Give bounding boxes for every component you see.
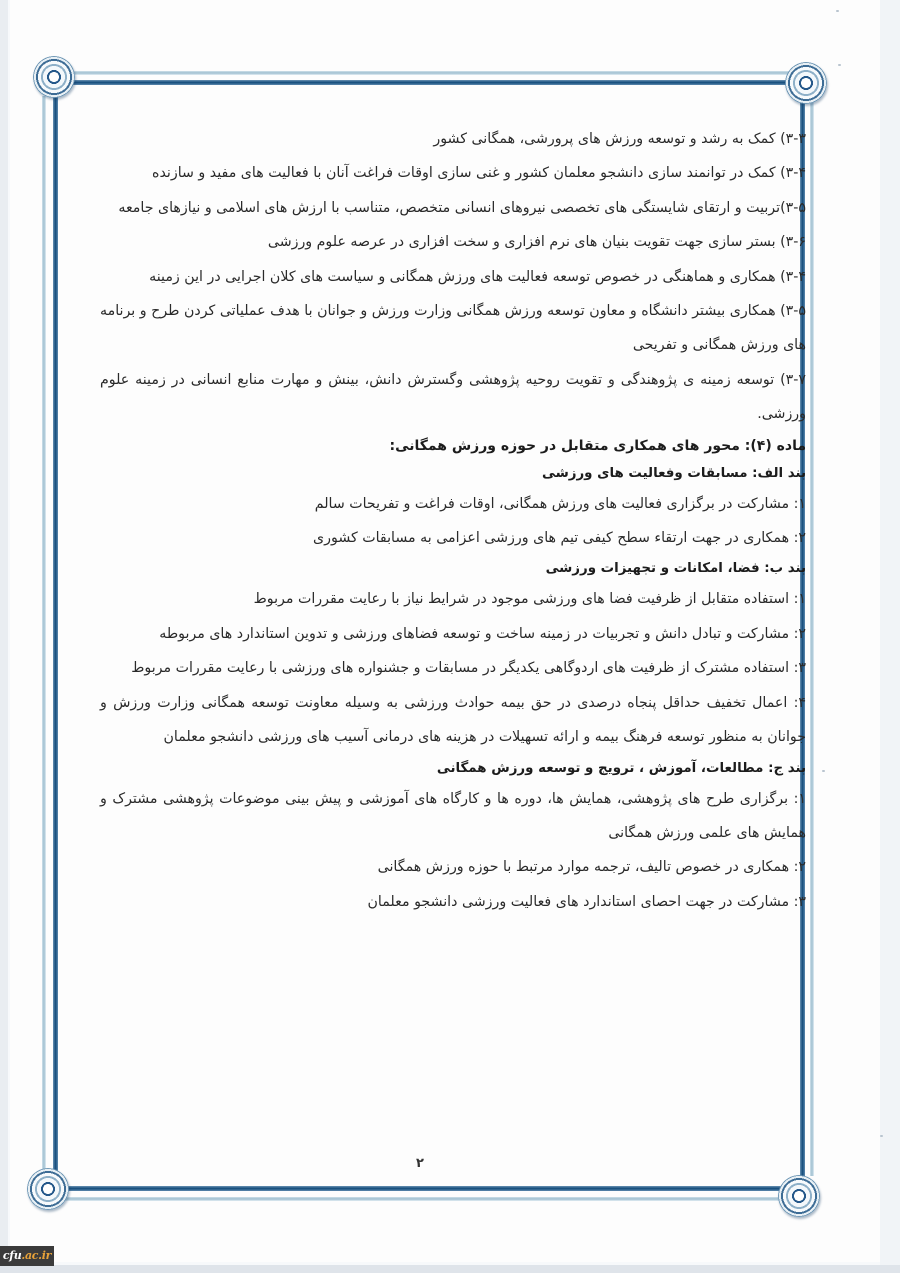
objective-paragraph: ۳-۳) کمک به رشد و توسعه ورزش های پرورشی،… — [100, 122, 806, 156]
frame-left-inner-line — [53, 96, 58, 1174]
clause-item: ۱: مشارکت در برگزاری فعالیت های ورزش همگ… — [100, 487, 806, 521]
watermark-prefix: cfu — [3, 1249, 22, 1262]
article-4-title: ماده (۴): محور های همکاری متقابل در حوزه… — [100, 432, 806, 460]
clause-item: ۲: همکاری در جهت ارتقاء سطح کیفی تیم های… — [100, 521, 806, 555]
section-3-objectives: ۳-۳) کمک به رشد و توسعه ورزش های پرورشی،… — [100, 122, 806, 432]
corner-ornament-top-left-icon — [33, 56, 75, 98]
scan-edge-right — [880, 0, 900, 1273]
frame-left-outer-line — [42, 96, 46, 1174]
frame-top-outer-line — [56, 71, 804, 75]
clause-item: ۳: استفاده مشترک از ظرفیت های اردوگاهی ی… — [100, 651, 806, 685]
watermark-domain: .ac.ir — [21, 1249, 51, 1262]
corner-ornament-bottom-right-icon — [778, 1175, 820, 1217]
clause-alef: بند الف: مسابقات وفعالیت های ورزشی ۱: مش… — [100, 460, 806, 556]
frame-right-outer-line — [810, 100, 814, 1176]
objective-paragraph: ۳-۷) توسعه زمینه ی پژوهندگی و تقویت روحی… — [100, 363, 806, 432]
clause-title: بند الف: مسابقات وفعالیت های ورزشی — [100, 460, 806, 487]
scan-speck — [880, 1135, 883, 1137]
objective-paragraph: ۳-۴) همکاری و هماهنگی در خصوص توسعه فعال… — [100, 260, 806, 294]
clause-item: ۲: مشارکت و تبادل دانش و تجربیات در زمین… — [100, 617, 806, 651]
frame-top-inner-line — [56, 80, 804, 85]
clause-item: ۲: همکاری در خصوص تالیف، ترجمه موارد مرت… — [100, 850, 806, 884]
clause-jim: بند ج: مطالعات، آموزش ، ترویج و توسعه ور… — [100, 755, 806, 920]
scan-edge-left — [0, 0, 8, 1273]
clause-be: بند ب: فضا، امکانات و تجهیزات ورزشی ۱: ا… — [100, 555, 806, 754]
frame-bottom-outer-line — [50, 1197, 800, 1201]
clause-item: ۳: مشارکت در جهت احصای استاندارد های فعا… — [100, 885, 806, 919]
article-4: ماده (۴): محور های همکاری متقابل در حوزه… — [100, 432, 806, 919]
scan-speck — [822, 770, 825, 772]
clause-item: ۱: استفاده متقابل از ظرفیت فضا های ورزشی… — [100, 582, 806, 616]
objective-paragraph: ۳-۵)تربیت و ارتقای شایستگی های تخصصی نیر… — [100, 191, 806, 225]
scan-speck — [838, 64, 841, 66]
page-number: ۲ — [416, 1156, 424, 1171]
clause-item: ۴: اعمال تخفیف حداقل پنجاه درصدی در حق ب… — [100, 686, 806, 755]
corner-ornament-top-right-icon — [785, 62, 827, 104]
document-body: ۳-۳) کمک به رشد و توسعه ورزش های پرورشی،… — [100, 122, 806, 919]
corner-ornament-bottom-left-icon — [27, 1168, 69, 1210]
clause-title: بند ج: مطالعات، آموزش ، ترویج و توسعه ور… — [100, 755, 806, 782]
clause-title: بند ب: فضا، امکانات و تجهیزات ورزشی — [100, 555, 806, 582]
frame-bottom-inner-line — [50, 1186, 800, 1191]
site-watermark-logo: cfu.ac.ir — [0, 1246, 54, 1266]
scan-speck — [836, 10, 839, 12]
objective-paragraph: ۳-۵) همکاری بیشتر دانشگاه و معاون توسعه … — [100, 294, 806, 363]
objective-paragraph: ۳-۶) بستر سازی جهت تقویت بنیان های نرم ا… — [100, 225, 806, 259]
scan-edge-bottom — [0, 1265, 900, 1273]
clause-item: ۱: برگزاری طرح های پژوهشی، همایش ها، دور… — [100, 782, 806, 851]
objective-paragraph: ۳-۴) کمک در توانمند سازی دانشجو معلمان ک… — [100, 156, 806, 190]
